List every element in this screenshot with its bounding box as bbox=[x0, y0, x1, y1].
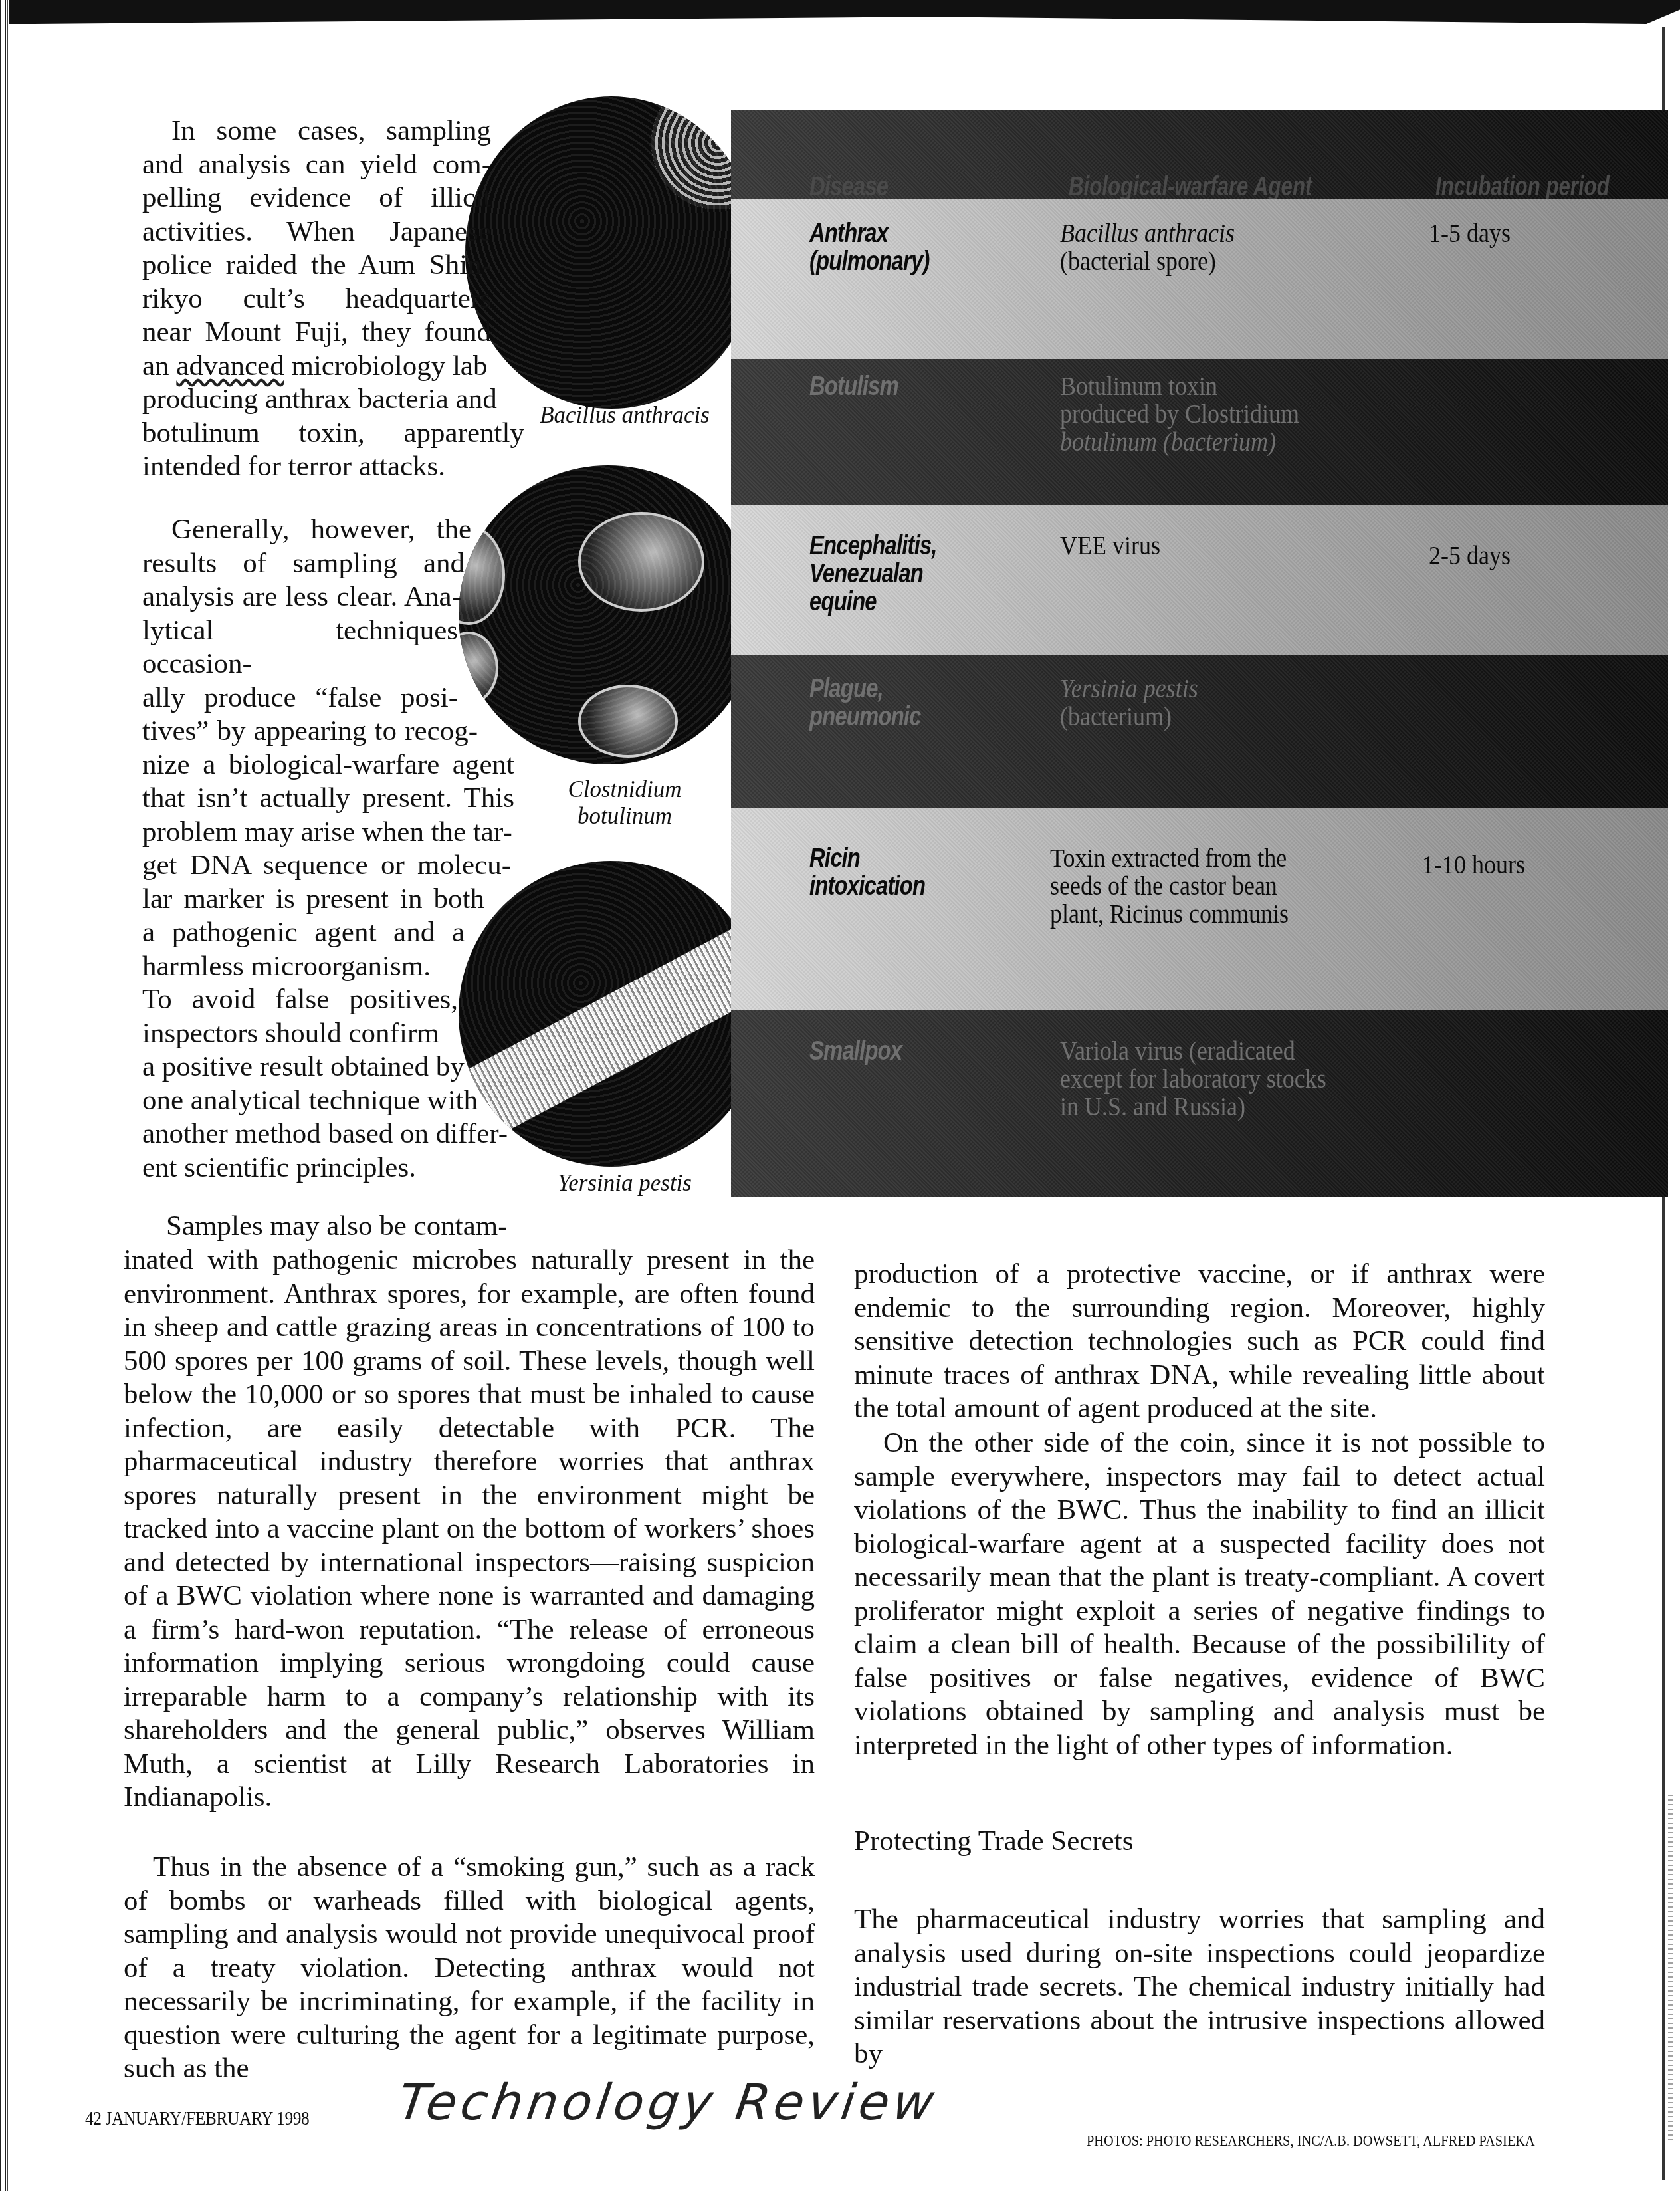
agent-cell: Variola virus (eradicatedexcept for labo… bbox=[1060, 1037, 1341, 1121]
handwritten-annotation: Technology Review bbox=[395, 2074, 942, 2131]
paragraph-aum-shinrikyo: In some cases, sampling and analysis can… bbox=[142, 114, 491, 484]
scan-noise-right bbox=[1668, 1795, 1673, 2140]
paragraph-false-positives: Generally, however, the results of sampl… bbox=[142, 513, 491, 1185]
underlined-word: advanced bbox=[176, 350, 284, 382]
header-agent: Biological-warfare Agent bbox=[1069, 173, 1312, 201]
agent-cell: Botulinum toxinproduced by Clostridiumbo… bbox=[1060, 372, 1341, 456]
scan-border-left bbox=[0, 0, 9, 2191]
paragraph-vaccine: production of a protective vaccine, or i… bbox=[854, 1258, 1545, 1426]
page-folio: 42 JANUARY/FEBRUARY 1998 bbox=[85, 2107, 309, 2130]
disease-cell: Plague,pneumonic bbox=[809, 675, 921, 731]
agent-cell: Toxin extracted from theseeds of the cas… bbox=[1050, 844, 1331, 928]
header-incubation: Incubation period bbox=[1435, 173, 1610, 201]
agent-cell: Bacillus anthracis(bacterial spore) bbox=[1060, 219, 1341, 275]
caption-line: Clostnidium bbox=[525, 776, 724, 803]
disease-cell: Botulism bbox=[809, 372, 898, 400]
caption-line: botulinum bbox=[525, 803, 724, 830]
disease-cell: Encephalitis,Venezualanequine bbox=[809, 532, 937, 616]
paragraph-samples-first-line: Samples may also be contam- bbox=[166, 1210, 507, 1244]
caption-bacillus-anthracis: Bacillus anthracis bbox=[525, 402, 724, 429]
incubation-cell: 2-5 days bbox=[1429, 542, 1511, 570]
caption-yersinia-pestis: Yersinia pestis bbox=[532, 1170, 718, 1197]
table-row: Plague,pneumonic Yersinia pestis(bacteri… bbox=[731, 655, 1668, 808]
paragraph-false-negatives: On the other side of the coin, since it … bbox=[854, 1427, 1545, 1762]
table-row: Encephalitis,Venezualanequine VEE virus … bbox=[731, 505, 1668, 655]
photo-credit: PHOTOS: PHOTO RESEARCHERS, INC/A.B. DOWS… bbox=[1087, 2133, 1535, 2150]
bioweapons-agent-table: Disease Biological-warfare Agent Incubat… bbox=[731, 110, 1668, 1197]
disease-cell: Anthrax(pulmonary) bbox=[809, 219, 930, 275]
table-row: Anthrax(pulmonary) Bacillus anthracis(ba… bbox=[731, 199, 1668, 359]
paragraph-trade-secrets: The pharmaceutical industry worries that… bbox=[854, 1903, 1545, 2071]
table-row: Botulism Botulinum toxinproduced by Clos… bbox=[731, 359, 1668, 505]
paragraph-smoking-gun: Thus in the absence of a “smoking gun,” … bbox=[124, 1851, 815, 2086]
table-row: Smallpox Variola virus (eradicatedexcept… bbox=[731, 1010, 1668, 1197]
section-heading: Protecting Trade Secrets bbox=[854, 1825, 1133, 1857]
disease-cell: Ricinintoxication bbox=[809, 844, 925, 900]
incubation-cell: 1-10 hours bbox=[1422, 851, 1525, 879]
agent-cell: Yersinia pestis(bacterium) bbox=[1060, 675, 1341, 731]
agent-cell: VEE virus bbox=[1060, 532, 1341, 560]
table-row: Ricinintoxication Toxin extracted from t… bbox=[731, 808, 1668, 1010]
paragraph-contamination: inated with pathogenic microbes naturall… bbox=[124, 1244, 815, 1815]
micrograph-clostridium-botulinum bbox=[459, 465, 758, 764]
disease-cell: Smallpox bbox=[809, 1037, 902, 1065]
header-disease: Disease bbox=[809, 173, 888, 201]
scan-border-top bbox=[0, 0, 1680, 24]
caption-clostridium-botulinum: Clostnidium botulinum bbox=[525, 776, 724, 830]
incubation-cell: 1-5 days bbox=[1429, 219, 1511, 247]
table-header-row: Disease Biological-warfare Agent Incubat… bbox=[731, 110, 1668, 199]
